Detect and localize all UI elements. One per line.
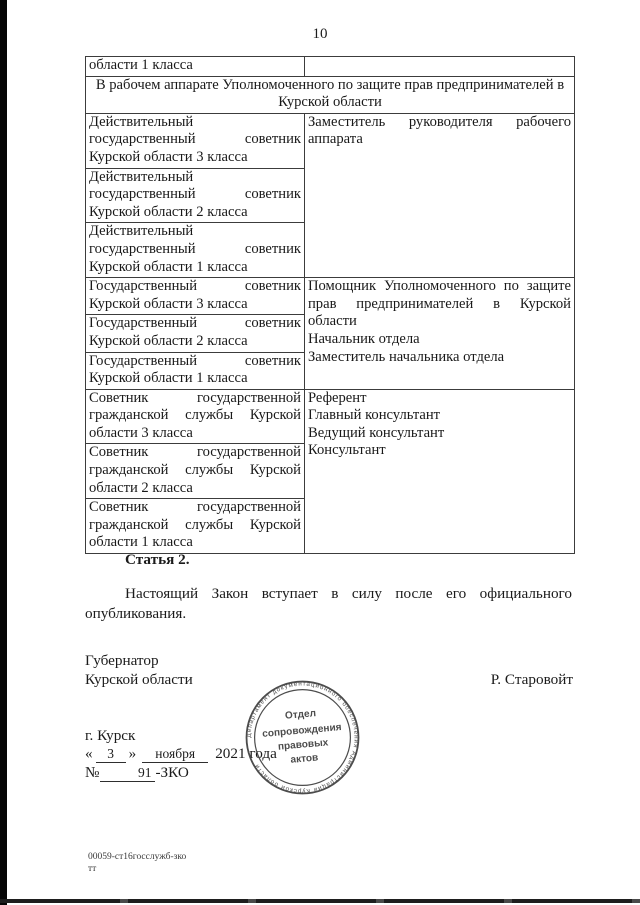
text-line: гражданской службы Курской (89, 517, 301, 535)
text-line: Курской области (85, 671, 193, 690)
article-paragraph: Настоящий Закон вступает в силу после ег… (85, 584, 572, 623)
stamp-center-line: актов (290, 752, 319, 765)
rank-cell: Советник государственной гражданской слу… (86, 444, 305, 499)
issue-city: г. Курск (85, 727, 135, 745)
text-line: Настоящий Закон вступает в силу после ег… (85, 584, 572, 604)
rank-cell: Действительный государственный советник … (86, 223, 305, 278)
signatory-post: Губернатор Курской области (85, 652, 193, 689)
text-line: области 2 класса (89, 480, 301, 498)
table-row: области 1 класса (86, 57, 575, 77)
text-line: Государственный советник (89, 315, 301, 333)
text-line: Заместитель руководителя рабочего (308, 114, 571, 132)
text-line: аппарата (308, 131, 571, 149)
rank-cell: Действительный государственный советник … (86, 168, 305, 223)
text-line: области 1 класса (89, 57, 301, 75)
text-line: области 3 класса (89, 425, 301, 443)
text-line: Государственный советник (89, 278, 301, 296)
table-row: Действительный государственный советник … (86, 113, 575, 168)
signatory-name: Р. Старовойт (491, 671, 573, 689)
text-line: 00059-ст16госслужб-зко (88, 851, 186, 863)
date-month: ноября (155, 746, 195, 761)
text-line: гражданской службы Курской (89, 407, 301, 425)
text-line: Государственный советник (89, 353, 301, 371)
text-line: Помощник Уполномоченного по защите (308, 278, 571, 296)
text-line: гражданской службы Курской (89, 462, 301, 480)
page-number: 10 (0, 26, 640, 43)
date-day: 3 (107, 746, 114, 761)
text-line: Начальник отдела (308, 331, 571, 349)
text-line: Губернатор (85, 652, 193, 671)
position-cell: Помощник Уполномоченного по защите прав … (305, 278, 575, 390)
text-line: Курской области 3 класса (89, 149, 301, 167)
number-value: 91 (138, 765, 152, 780)
text-line: Заместитель начальника отдела (308, 349, 571, 367)
quote-close: » (129, 745, 137, 762)
position-cell: Референт Главный консультант Ведущий кон… (305, 389, 575, 553)
text-line: Советник государственной (89, 499, 301, 517)
text-line: Консультант (308, 442, 571, 460)
stamp-center-line: правовых (278, 737, 330, 752)
text-line: тт (88, 863, 186, 875)
article-heading: Статья 2. (125, 551, 190, 569)
table-row: Советник государственной гражданской слу… (86, 389, 575, 444)
text-line: Действительный (89, 114, 301, 132)
rank-cell: Государственный советник Курской области… (86, 315, 305, 352)
issue-number-line: №91-ЗКО (85, 764, 189, 782)
number-suffix: -ЗКО (156, 764, 189, 781)
text-line: Ведущий консультант (308, 425, 571, 443)
position-cell: Заместитель руководителя рабочего аппара… (305, 113, 575, 277)
text-line: Курской области 2 класса (89, 333, 301, 351)
rank-cell: Действительный государственный советник … (86, 113, 305, 168)
bottom-scan-line (0, 899, 640, 903)
stamp-center-line: сопровождения (262, 722, 342, 740)
text-line: Курской области 3 класса (89, 296, 301, 314)
rank-cell: Государственный советник Курской области… (86, 278, 305, 315)
text-line: Советник государственной (89, 444, 301, 462)
text-line: области 1 класса (89, 534, 301, 552)
positions-table: области 1 класса В рабочем аппарате Упол… (85, 56, 575, 554)
document-page: 10 области 1 класса В рабочем аппарате У… (0, 0, 640, 905)
text-line: Действительный (89, 223, 301, 241)
date-month-blank: ноября (142, 746, 208, 763)
text-line: Курской области 2 класса (89, 204, 301, 222)
table-row: В рабочем аппарате Уполномоченного по за… (86, 76, 575, 113)
official-stamp: Департамент документационного обеспечени… (242, 677, 363, 798)
quote-open: « (85, 745, 93, 762)
text-line: Референт (308, 390, 571, 408)
table-row: Государственный советник Курской области… (86, 278, 575, 315)
rank-cell: области 1 класса (86, 57, 305, 77)
text-line: государственный советник (89, 241, 301, 259)
number-blank: 91 (100, 765, 155, 782)
text-line: опубликования. (85, 604, 572, 624)
rank-cell: Советник государственной гражданской слу… (86, 389, 305, 444)
text-line: государственный советник (89, 186, 301, 204)
text-line: государственный советник (89, 131, 301, 149)
stamp-center-line: Отдел (285, 708, 317, 722)
stamp-center-text: Отдел сопровождения правовых актов (260, 706, 344, 768)
position-cell (305, 57, 575, 77)
text-line: Действительный (89, 169, 301, 187)
text-line: Курской области 1 класса (89, 370, 301, 388)
text-line: Курской области 1 класса (89, 259, 301, 277)
left-binding-bar (0, 0, 7, 905)
rank-cell: Советник государственной гражданской слу… (86, 499, 305, 554)
text-line: области (308, 313, 571, 331)
date-day-blank: 3 (96, 746, 126, 763)
document-code: 00059-ст16госслужб-зко тт (88, 851, 186, 875)
text-line: прав предпринимателей в Курской (308, 296, 571, 314)
text-line: Советник государственной (89, 390, 301, 408)
section-header-cell: В рабочем аппарате Уполномоченного по за… (86, 76, 575, 113)
number-sign: № (85, 764, 100, 781)
text-line: Главный консультант (308, 407, 571, 425)
rank-cell: Государственный советник Курской области… (86, 352, 305, 389)
